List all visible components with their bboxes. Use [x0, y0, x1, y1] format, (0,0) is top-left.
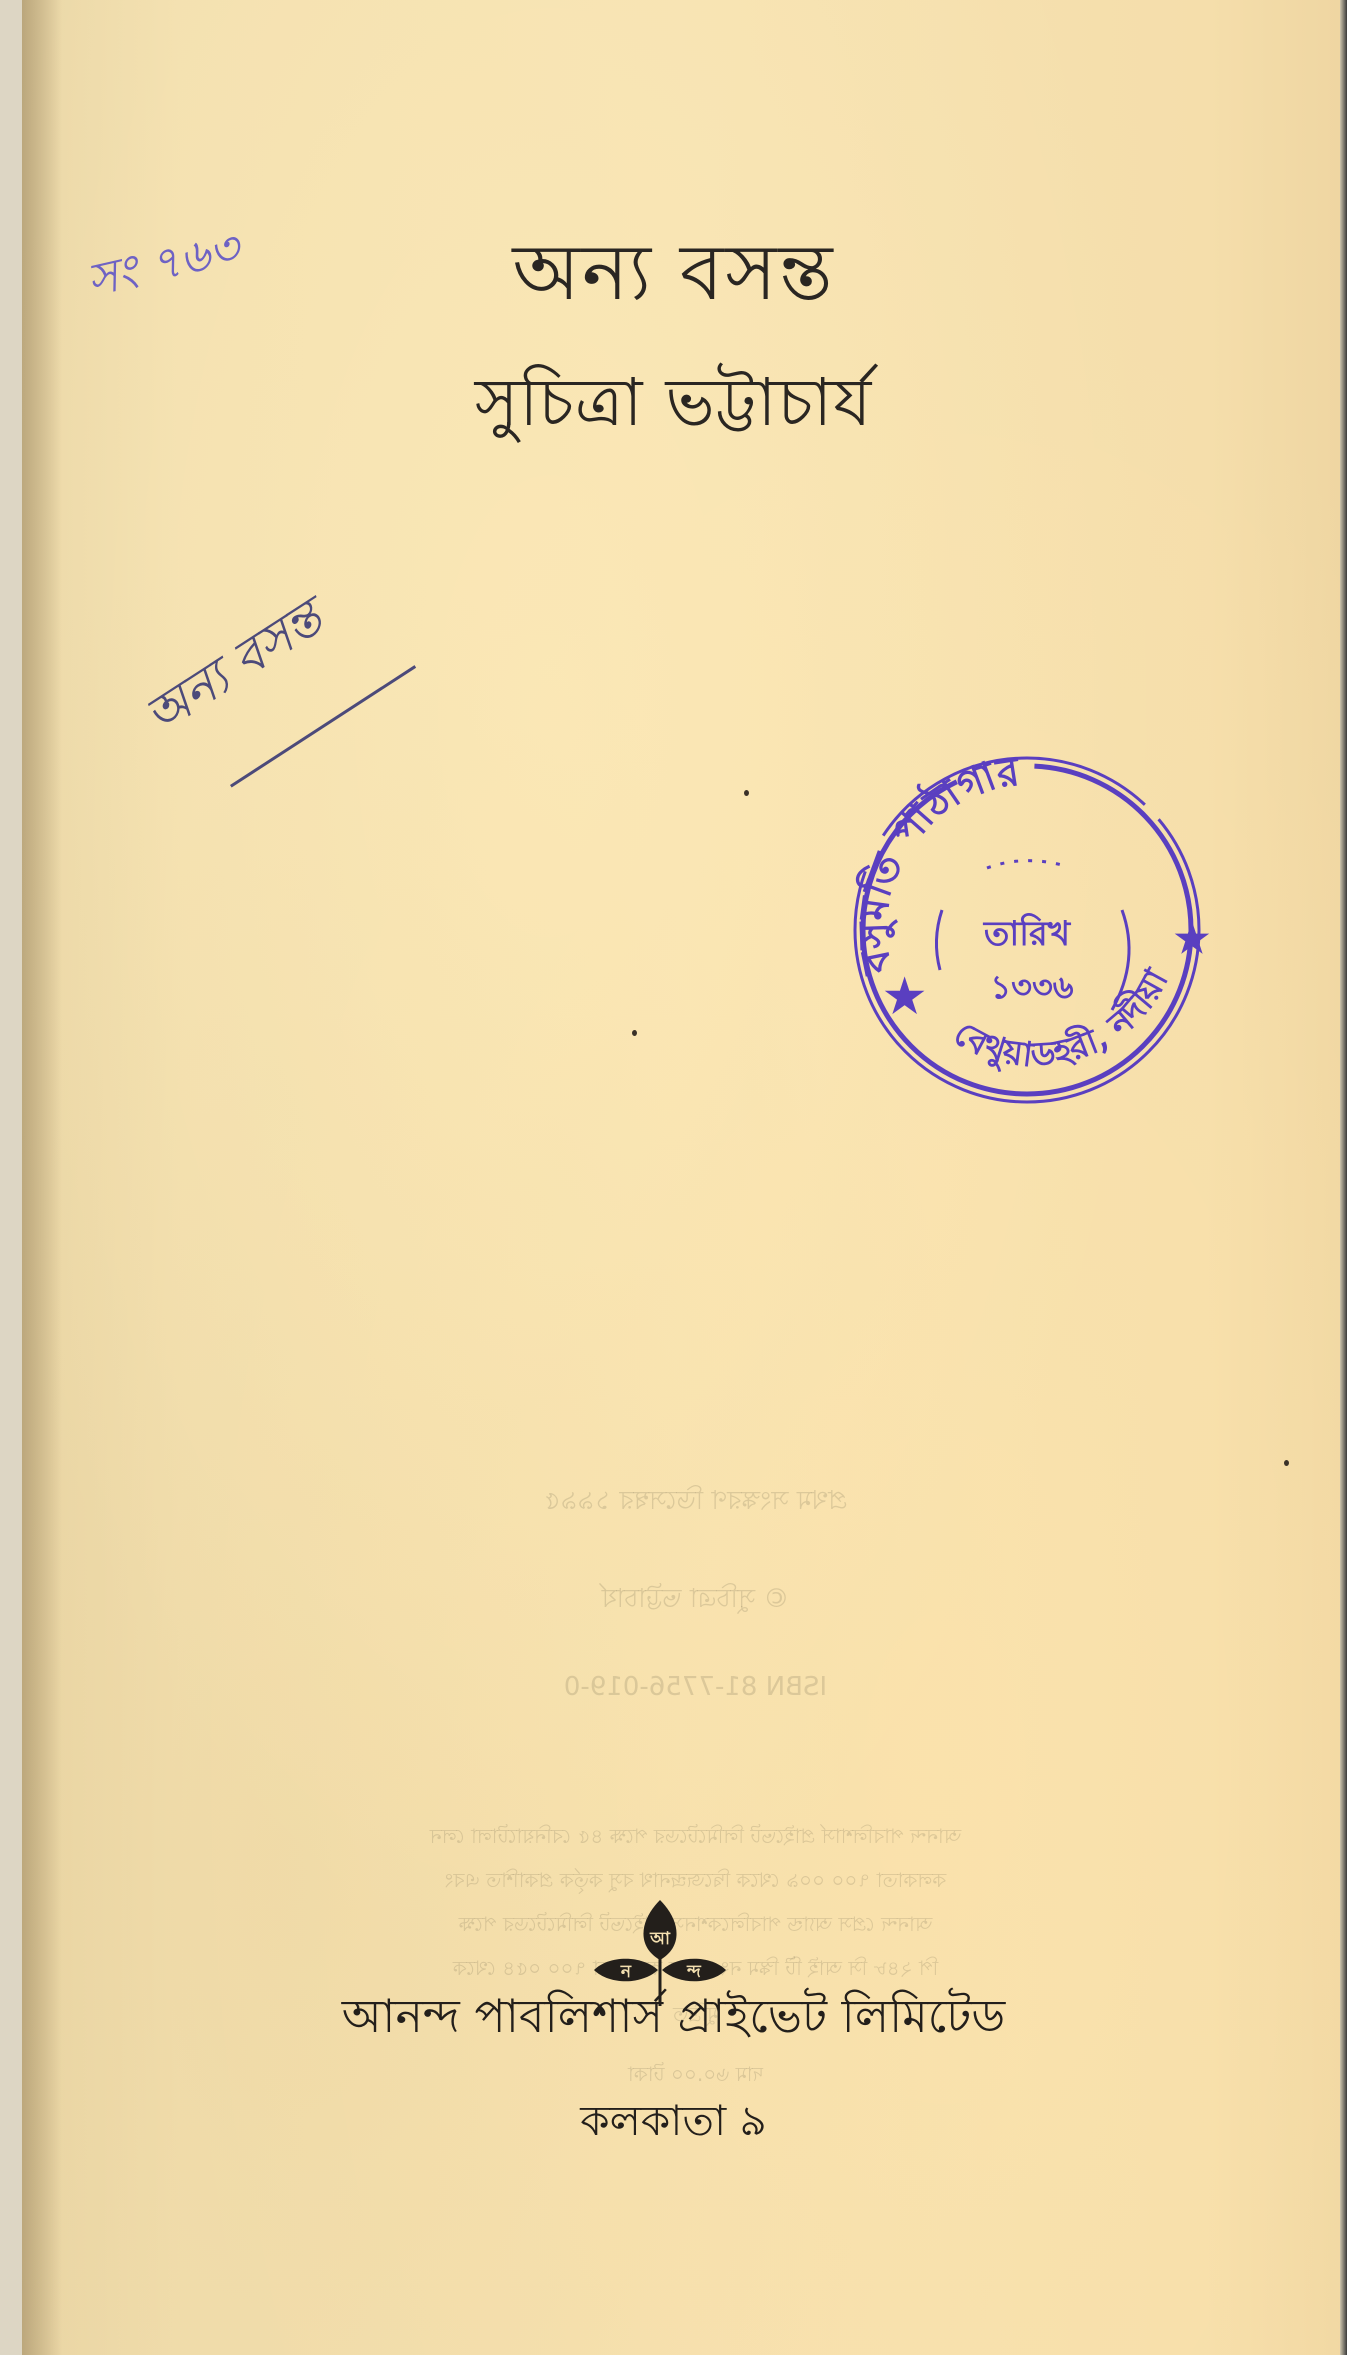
- show-through-imprint-1: আনন্দ পাবলিশার্স প্রাইভেট লিমিটেডের পক্ষ…: [22, 1822, 1347, 1855]
- paper-speck: [632, 1030, 637, 1036]
- logo-letter-right: ন্দ: [686, 1962, 702, 1982]
- star-icon: ★: [1174, 915, 1210, 962]
- star-icon: ★: [884, 969, 925, 1023]
- show-through-edition: প্রথম সংস্করণ ডিসেম্বর ১৯৯৫: [22, 1480, 1347, 1524]
- show-through-imprint-2: কলকাতা ৭০০ ০০৯ থেকে দ্বিজেন্দ্রনাথ বসু ক…: [22, 1866, 1347, 1899]
- logo-letter-top: আ: [649, 1929, 671, 1949]
- logo-letter-left: ন: [620, 1962, 632, 1982]
- publisher-name: আনন্দ পাবলিশার্স প্রাইভেট লিমিটেড: [0, 1982, 1347, 2058]
- book-author: সুচিত্রা ভট্টাচার্য: [0, 352, 1347, 462]
- show-through-isbn: ISBN 81-7756-019-0: [22, 1672, 1347, 1702]
- library-stamp-icon: বসুমতি পাঠাগার বেথুয়াডহরী, নদীয়া তারিখ…: [822, 740, 1242, 1120]
- scanned-title-page: প্রথম সংস্করণ ডিসেম্বর ১৯৯৫ © সুচিত্রা ভ…: [0, 0, 1347, 2355]
- paper-speck: [1284, 1460, 1289, 1466]
- library-stamp: বসুমতি পাঠাগার বেথুয়াডহরী, নদীয়া তারিখ…: [822, 740, 1242, 1120]
- stamp-center-number: ১৩৩৬: [990, 968, 1073, 1006]
- publisher-city: কলকাতা ৯: [0, 2088, 1347, 2159]
- show-through-copyright: © সুচিত্রা ভট্টাচার্য: [22, 1578, 1347, 1622]
- paper-speck: [744, 790, 749, 796]
- stamp-center-label: তারিখ: [983, 913, 1072, 954]
